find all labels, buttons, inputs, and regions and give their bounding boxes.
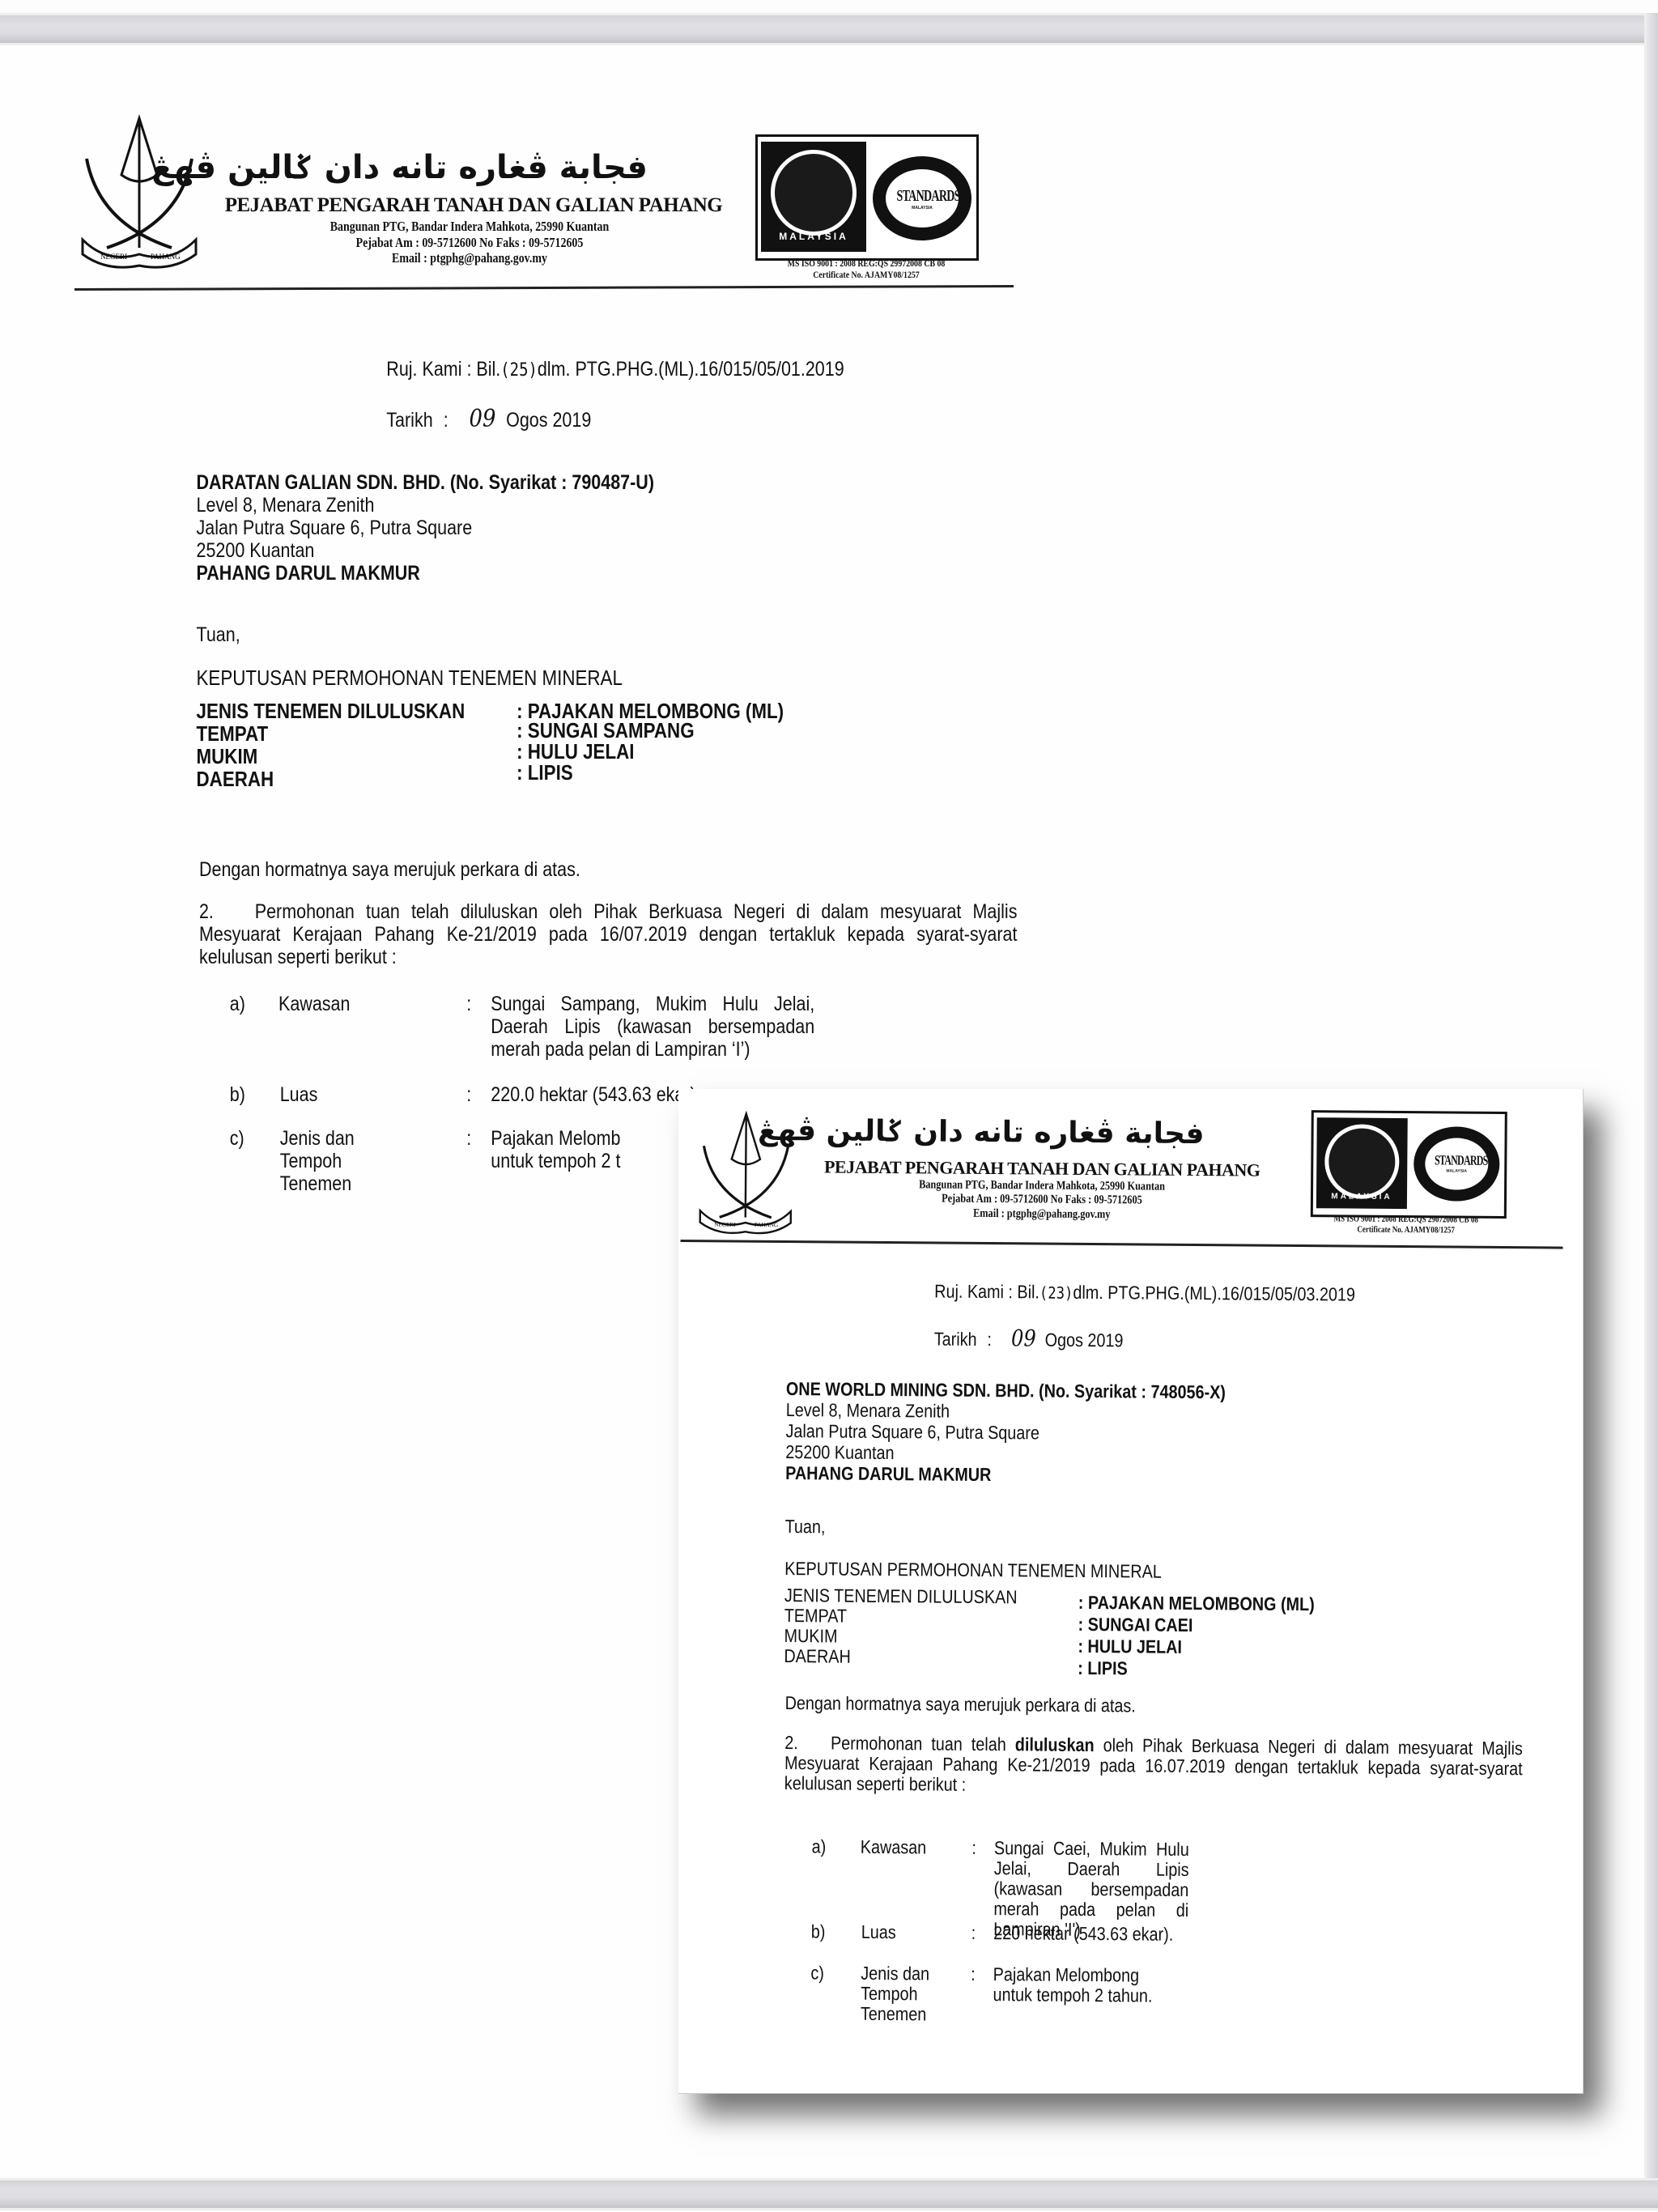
handwritten-date: 09 [470, 405, 502, 433]
letter-daratan-galian: NEGERI PAHANG فجابة ڤغاره تانه دان ݢالين… [0, 45, 1052, 1179]
letter-body: Ruj. Kami : Bil.(25)dlm. PTG.PHG.(ML).16… [0, 45, 975, 1179]
bottom-frame-bar [0, 2178, 1658, 2210]
date-line: Tarikh : 09 Ogos 2019 [934, 1324, 1124, 1352]
date-line: Tarikh : 09 Ogos 2019 [386, 405, 591, 433]
subject-heading: KEPUTUSAN PERMOHONAN TENEMEN MINERAL [784, 1558, 1162, 1583]
handwritten-ref-number: (25) [500, 360, 538, 381]
recipient-name: DARATAN GALIAN SDN. BHD. (No. Syarikat :… [197, 471, 654, 494]
details-table: JENIS TENEMEN DILULUSKAN: PAJAKAN MELOMB… [197, 700, 784, 790]
detail-row: JENIS TENEMEN DILULUSKAN: PAJAKAN MELOMB… [197, 700, 784, 722]
detail-row: MUKIM: HULU JELAI [197, 745, 784, 768]
opening-sentence: Dengan hormatnya saya merujuk perkara di… [785, 1692, 1136, 1716]
reference-line: Ruj. Kami : Bil.(23)dlm. PTG.PHG.(ML).16… [934, 1280, 1355, 1305]
paragraph-2: 2.Permohonan tuan telah diluluskan oleh … [199, 900, 1017, 968]
detail-row: TEMPAT: SUNGAI SAMPANG [197, 722, 784, 745]
recipient-block: DARATAN GALIAN SDN. BHD. (No. Syarikat :… [197, 471, 654, 585]
opening-sentence: Dengan hormatnya saya merujuk perkara di… [199, 858, 580, 882]
salutation: Tuan, [785, 1516, 826, 1538]
details-table: JENIS TENEMEN DILULUSKAN: PAJAKAN MELOMB… [784, 1585, 1315, 1670]
detail-row: DAERAH: LIPIS [197, 768, 784, 790]
right-frame-bar [1644, 13, 1658, 2209]
letter-one-world-mining: NEGERI PAHANG فجابة ڤغاره تانه دان ݢالين… [678, 1089, 1584, 2094]
detail-row: DAERAH: LIPIS [784, 1646, 1314, 1670]
handwritten-date: 09 [1011, 1325, 1040, 1351]
subject-heading: KEPUTUSAN PERMOHONAN TENEMEN MINERAL [197, 666, 623, 691]
letter-body: Ruj. Kami : Bil.(23)dlm. PTG.PHG.(ML).16… [670, 1089, 1584, 2100]
salutation: Tuan, [197, 623, 240, 647]
recipient-block: ONE WORLD MINING SDN. BHD. (No. Syarikat… [785, 1378, 1226, 1487]
reference-line: Ruj. Kami : Bil.(25)dlm. PTG.PHG.(ML).16… [386, 358, 844, 381]
top-frame-bar [0, 13, 1658, 45]
handwritten-ref-number: (23) [1039, 1283, 1073, 1303]
paragraph-2: 2.Permohonan tuan telah diluluskan oleh … [784, 1733, 1523, 1799]
